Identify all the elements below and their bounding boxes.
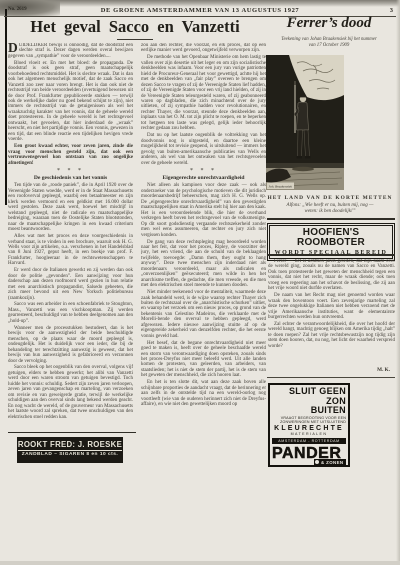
paragraph: Wanneer men de processtukken bestudeert,… [8,326,133,364]
page-number: 3 [390,7,393,14]
article-columns: DUIDELIJKER bewijs is onnoodig, dat de d… [8,43,266,469]
ferrer-cartoon-illustration: Joh. Braakensiek [266,55,344,190]
scan-fold-line [5,9,7,205]
pander-ad-brand-row: PANDER & ZONEN [272,445,346,467]
paragraph: Ten tijde van de „roode paniek”, die in … [8,183,133,232]
subheading-geschiedenis: De geschiedenis van het vonnis [8,175,133,181]
scan-right-shadow [396,0,400,565]
pander-ad-cities: AMSTERDAM - ROTTERDAM [272,438,346,444]
pander-ad: SLUIT GEEN ZON BUITEN VRAAGT BEGROOTING … [268,383,350,467]
newspaper-page: No. 2619 DE GROENE AMSTERDAMMER VAN 13 A… [0,0,400,565]
pander-ad-text2: ZONWERINGEN MET UITSLUITEND [272,420,346,424]
paragraph: En het is ten slotte dit, wat aan deze z… [141,380,266,407]
paragraph: De naam van het Recht mag niet genoemd w… [268,293,395,320]
paragraph: Niet alleen als kampioen voor deze zaak … [141,183,266,238]
roeske-ad-line2: ZANDBLAD – SIGAREN 8 en 10 cts. [17,452,123,457]
roeske-ad-line1: ROOKT FRED: J. ROESKE [17,440,123,449]
column-end-rule [8,432,136,433]
column-middle: zou aan den rechter, die voorzat, en elk… [141,43,266,469]
illustration-signature: Joh. Braakensiek [269,185,293,189]
paragraph: Niet minder teekenend voor de mentalitei… [141,290,266,339]
paragraph: De methode van het Openbaar Ministerie o… [141,55,266,131]
pander-lamp-icon [315,460,319,464]
hoofien-ad-line1: HOOFIEN'S ROOMBOTER [271,228,391,248]
paragraph: Alles wat met het proces en deze voorges… [8,234,133,267]
pander-zonen-label: & ZONEN [321,460,344,465]
paragraph-bold: Een groot kwaad echter, voor zeven jaren… [8,144,133,166]
headline-rule [117,39,153,40]
illustration-figure-shadow [292,167,314,171]
pander-ad-kleurechte: KLEURECHTE [272,425,346,432]
heavy-rule [267,254,395,256]
cartoon-caption-line2: weten: ik ben doodelijk!” [264,209,396,215]
paragraph: Bloed vloeit er. En met het bloed: de pr… [8,61,133,143]
heavy-rule [267,218,395,220]
scan-bottom-shadow [0,561,400,565]
paragraph-text: UIDELIJKER bewijs is onnoodig, dat de do… [8,43,133,59]
ferrer-article-body: Ferrer — het is achttien jaren geleden, … [268,259,395,365]
section-ornament: * * * [8,168,133,174]
main-headline: Het geval Sacco en Vanzetti [10,17,260,37]
paragraph: Sacco bleek op het oogenblik van den ove… [8,365,133,420]
subheading-onrechtvaardigheid: Eigengerechte onrechtvaardigheid [141,175,266,181]
paragraph: Ferrer — het is achttien jaren geleden, … [268,259,395,292]
paragraph-dropcap: DUIDELIJKER bewijs is onnoodig, dat de d… [8,43,133,59]
paragraph: De gang van deze rechtspleging mag beoor… [141,240,266,289]
author-initials: M. K. [268,367,390,373]
pander-ad-headline1: SLUIT GEEN ZON [272,387,346,406]
ferrer-subtitle: Teekening van Johan Braakensiek bij het … [262,37,396,49]
section-ornament: * * * [141,168,266,174]
ferrer-subtitle-line1: Teekening van Johan Braakensiek bij het … [262,37,396,43]
pander-ad-materialen: MATERIALEN [272,432,346,436]
paragraph: Het besef, dat de begane onrechtvaardigh… [141,341,266,379]
ferrer-article-title: Ferrer’s dood [262,15,396,32]
paragraph: zou aan den rechter, die voorzat, en elk… [141,43,266,54]
thin-rule [267,377,395,378]
cartoon-caption: Alfons: „Wie heeft er nu, buiten mij, no… [264,203,396,215]
paragraph: Sacco was een arbeider in een schoenfabr… [8,302,133,324]
drop-cap: D [8,43,18,53]
cartoon-caption-title: HET LAND VAN DE KORTE METTEN [264,195,396,201]
column-left: DUIDELIJKER bewijs is onnoodig, dat de d… [8,43,133,431]
ferrer-subtitle-line2: van 17 October 1909 [262,43,396,49]
roeske-ad: ROOKT FRED: J. ROESKE ZANDBLAD – SIGAREN… [17,437,123,463]
pander-ad-headline2: BUITEN [272,406,346,416]
roeske-brand: ROOKT FRED: J. ROESKE [18,440,122,451]
pander-zonen-badge: & ZONEN [314,459,346,467]
paragraph: Zal echter de verantwoordelijkheid, die … [268,322,395,349]
masthead-title: DE GROENE AMSTERDAMMER VAN 13 AUGUSTUS 1… [0,7,400,14]
paragraph: Dat nu op het laatste oogenblik de voltr… [141,133,266,166]
paragraph: Er werd door de Italianen gewerkt en zij… [8,268,133,301]
